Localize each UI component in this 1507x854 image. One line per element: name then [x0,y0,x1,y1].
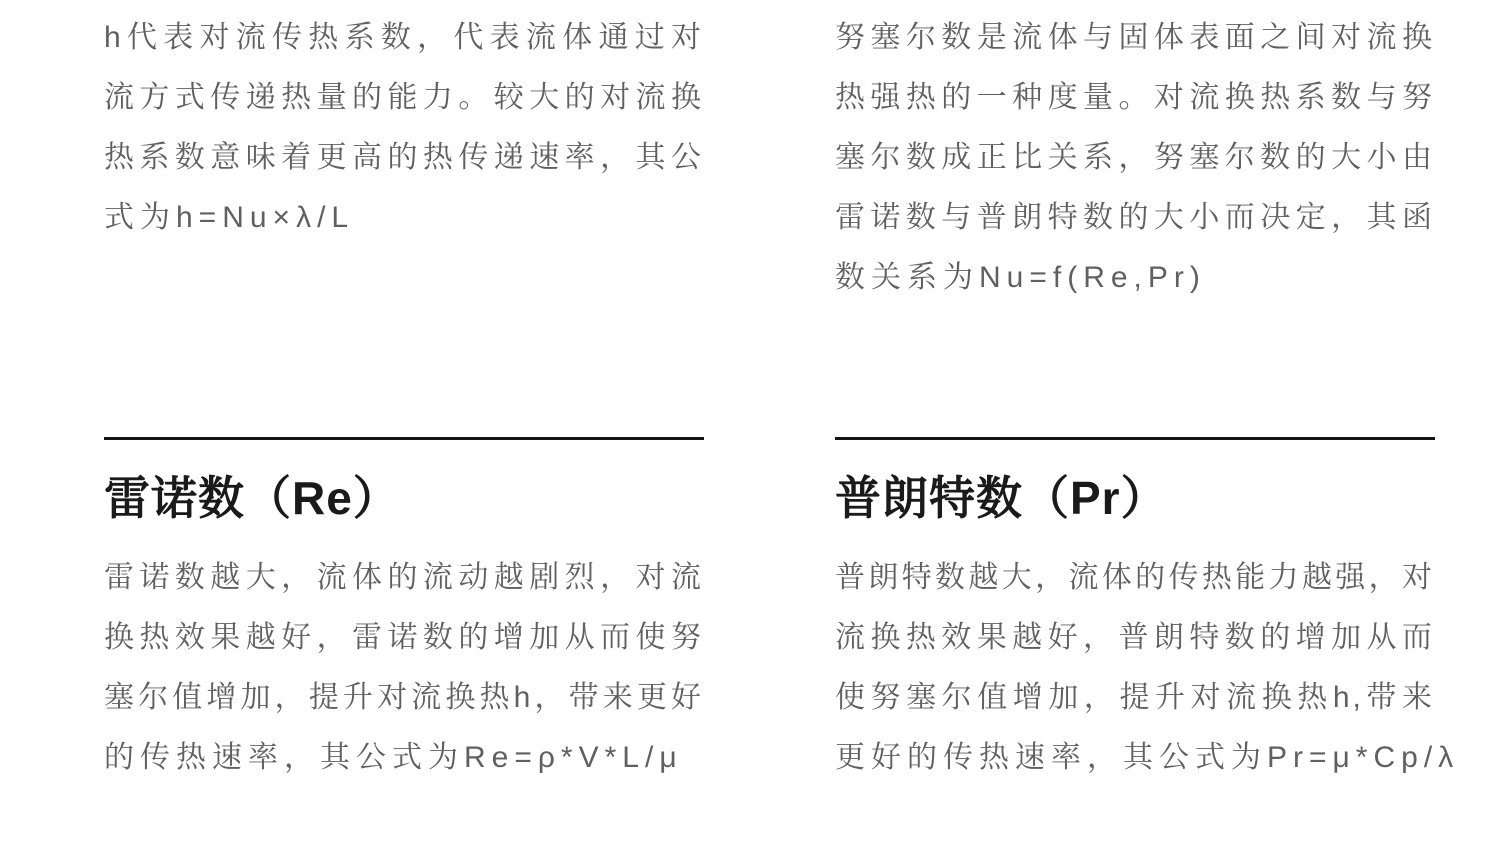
text-line: 雷诺数越大，流体的流动越剧烈，对流 [104,548,704,608]
nusselt-paragraph: 努塞尔数是流体与固体表面之间对流换 热强热的一种度量。对流换热系数与努 塞尔数成… [835,8,1435,308]
section-heading-prandtl: 普朗特数（Pr） [835,465,1435,531]
section-divider [835,437,1435,440]
formula-line-nu: 数关系为Nu=f(Re,Pr) [835,248,1435,308]
section-divider [104,437,704,440]
convective-coefficient-paragraph: h代表对流传热系数，代表流体通过对 流方式传递热量的能力。较大的对流换 热系数意… [104,8,704,248]
text-line: 塞尔数成正比关系，努塞尔数的大小由 [835,128,1435,188]
document-page: h代表对流传热系数，代表流体通过对 流方式传递热量的能力。较大的对流换 热系数意… [0,0,1507,854]
text-line: 塞尔值增加，提升对流换热h，带来更好 [104,668,704,728]
section-heading-reynolds: 雷诺数（Re） [104,465,704,531]
text-line: 换热效果越好，雷诺数的增加从而使努 [104,608,704,668]
right-column: 努塞尔数是流体与固体表面之间对流换 热强热的一种度量。对流换热系数与努 塞尔数成… [835,0,1435,854]
prandtl-paragraph: 普朗特数越大，流体的传热能力越强，对 流换热效果越好，普朗特数的增加从而 使努塞… [835,548,1435,788]
text-line: 努塞尔数是流体与固体表面之间对流换 [835,8,1435,68]
formula-line-re: 的传热速率，其公式为Re=ρ*V*L/μ [104,728,704,788]
text-line: h代表对流传热系数，代表流体通过对 [104,8,704,68]
formula-line-pr: 更好的传热速率，其公式为Pr=μ*Cp/λ [835,728,1435,788]
left-column: h代表对流传热系数，代表流体通过对 流方式传递热量的能力。较大的对流换 热系数意… [104,0,704,854]
formula-line-h: 式为h=Nu×λ/L [104,188,704,248]
text-line: 普朗特数越大，流体的传热能力越强，对 [835,548,1435,608]
text-line: 流方式传递热量的能力。较大的对流换 [104,68,704,128]
text-line: 雷诺数与普朗特数的大小而决定，其函 [835,188,1435,248]
text-line: 热强热的一种度量。对流换热系数与努 [835,68,1435,128]
reynolds-paragraph: 雷诺数越大，流体的流动越剧烈，对流 换热效果越好，雷诺数的增加从而使努 塞尔值增… [104,548,704,788]
text-line: 热系数意味着更高的热传递速率，其公 [104,128,704,188]
text-line: 流换热效果越好，普朗特数的增加从而 [835,608,1435,668]
text-line: 使努塞尔值增加，提升对流换热h,带来 [835,668,1435,728]
